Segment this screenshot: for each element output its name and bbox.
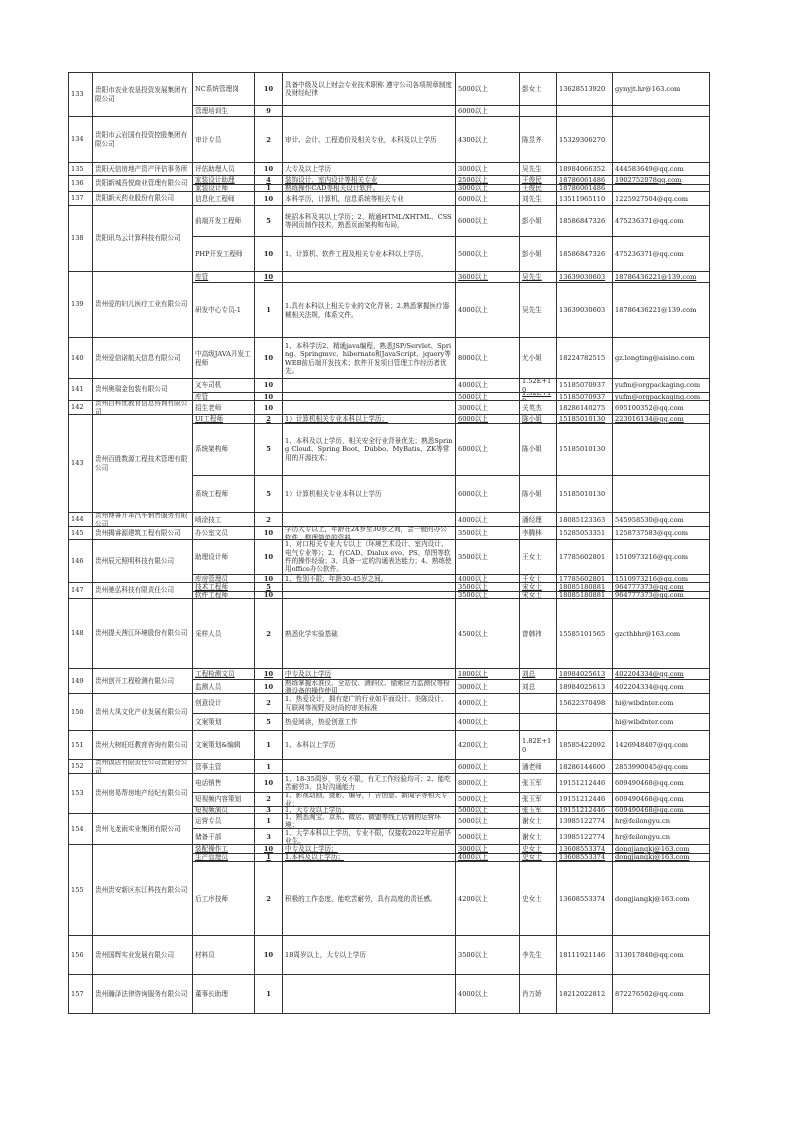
contact-person: 刘总 [519, 680, 556, 694]
headcount: 2 [254, 117, 282, 163]
salary: 6000以上 [455, 415, 519, 423]
company-name: 贵州房易帮房地产经纪有限公司 [92, 774, 192, 813]
position-title: PHP开发工程师 [192, 237, 254, 272]
company-name: 贵州大凤文化产业发展有限公司 [92, 694, 192, 730]
phone: 19151212446 [556, 793, 612, 806]
salary: 4000以上 [455, 714, 519, 731]
contact-person: 史女士 [519, 862, 556, 936]
email[interactable]: 2853990045@qq.com [612, 760, 710, 774]
requirements: 1、对口相关专业大专以上（环境艺术设计、室内设计、电气专业等）；2、有CAD、D… [282, 540, 455, 574]
phone: 13628513920 [556, 73, 612, 105]
salary: 4000以上 [455, 694, 519, 713]
row-number: 139 [68, 272, 92, 337]
phone: 13985122774 [556, 829, 612, 845]
requirements: 1.具有本科以上相关专业的文化背景；2.熟悉掌握医疗器械相关法规，体系文件。 [282, 283, 455, 338]
position-title: 材料员 [192, 936, 254, 975]
contact-person: 张玉军 [519, 774, 556, 792]
salary: 4000以上 [455, 379, 519, 392]
company-name: 贵州提天茜江环境股份有限公司 [92, 599, 192, 668]
position-title: 喷涂技工 [192, 513, 254, 527]
headcount: 1 [254, 760, 282, 774]
requirements: 中专及以上学历； [282, 845, 455, 853]
requirements: 中专及以上学历 [282, 669, 455, 679]
position-title: 装配操作工 [192, 845, 254, 853]
requirements: 1）计算机相关专业本科以上学历； [282, 415, 455, 423]
contact-person [519, 714, 556, 731]
salary: 6000以上 [455, 424, 519, 475]
contact-person: 吴先生 [519, 272, 556, 282]
company-name: 贵阳市云岩国有投资控股集团有限公司 [92, 117, 192, 162]
position-title: 系统架构师 [192, 424, 254, 475]
requirements: 18周岁以上，大专以上学历 [282, 936, 455, 975]
headcount: 10 [254, 338, 282, 379]
salary: 2500以上 [455, 176, 519, 184]
row-number: 134 [68, 117, 92, 162]
company-block: 137贵阳新天药业股份有限公司信息化工程师10本科学历，计算机，信息系统等相关专… [68, 191, 710, 205]
row-number: 148 [68, 599, 92, 668]
headcount: 1 [254, 975, 282, 1014]
contact-person: 王俊民 [519, 176, 556, 184]
row-number: 138 [68, 206, 92, 271]
email[interactable]: 964777373@qq.com [612, 583, 710, 591]
position-title: 电话销售 [192, 774, 254, 792]
company-name: 贵州爱的妇儿医疗工业有限公司 [92, 272, 192, 337]
headcount: 2 [254, 694, 282, 713]
salary: 5000以上 [455, 793, 519, 806]
headcount: 10 [254, 237, 282, 272]
salary: 6000以上 [455, 192, 519, 206]
salary: 3000以上 [455, 680, 519, 694]
row-number: 153 [68, 774, 92, 813]
company-block: 135贵阳天信房地产资产评估事务所评估助理人员10大专及以上学历3000以上吴先… [68, 162, 710, 175]
phone: 18286140275 [556, 401, 612, 415]
email[interactable]: hi@wibdnter.com [612, 694, 710, 713]
salary: 5000以上 [455, 237, 519, 272]
headcount: 10 [254, 401, 282, 415]
row-number: 136 [68, 176, 92, 191]
company-block: 138贵阳讯鸟云计算科技有限公司前端开发工程师5统招本科及其以上学历；2、精通H… [68, 205, 710, 271]
email[interactable]: 402204334@qq.com [612, 669, 710, 679]
requirements [282, 760, 455, 774]
position-title: 管事主管 [192, 760, 254, 774]
salary: 4000以上 [455, 975, 519, 1014]
email[interactable]: 475236371@qq.com [612, 206, 710, 236]
row-number: 140 [68, 338, 92, 378]
contact-person: 陈小姐 [519, 415, 556, 423]
requirements: 1、影视动画，摄影，编导，广告创意、新闻学等相关专业； [282, 793, 455, 806]
company-block: 139贵州爱的妇儿医疗工业有限公司库管103600以上吴先生1363903060… [68, 271, 710, 337]
contact-person: 陈小姐 [519, 424, 556, 475]
row-number: 146 [68, 540, 92, 582]
email[interactable]: gynyjt.hr@163.com [612, 73, 710, 105]
phone: 18585422092 [556, 731, 612, 760]
email[interactable]: gzcthbhr@163.com [612, 599, 710, 669]
phone: 15185010130 [556, 476, 612, 513]
contact-person: 彭小姐 [519, 237, 556, 272]
requirements: 1）计算机相关专业本科以上学历 [282, 476, 455, 513]
headcount: 10 [254, 272, 282, 282]
company-block: 146贵州辰元照明科技有限公司助理设计师101、对口相关专业大专以上（环境艺术设… [68, 539, 710, 582]
requirements: 1、本科以上学历 [282, 731, 455, 760]
company-block: 143贵州百胜数源工程技术管理有限公司UI工程师21）计算机相关专业本科以上学历… [68, 414, 710, 512]
email[interactable]: 18786436221@139.com [612, 283, 710, 338]
contact-person: 彭女士 [519, 73, 556, 105]
salary: 5000以上 [455, 814, 519, 828]
headcount: 10 [254, 936, 282, 975]
salary: 8000以上 [455, 774, 519, 792]
contact-person: 李先生 [519, 936, 556, 975]
email[interactable]: gz.longting@aisino.com [612, 338, 710, 379]
phone: 18212022812 [556, 975, 612, 1014]
phone: 18085123363 [556, 513, 612, 527]
headcount: 2 [254, 415, 282, 423]
position-title: 研发中心专员-1 [192, 283, 254, 338]
company-block: 144贵州博睿开革汽车销售服务有限公司喷涂技工24000以上潘经理1808512… [68, 512, 710, 526]
salary: 4300以上 [455, 117, 519, 163]
email[interactable]: 1225927504@qq.com [612, 192, 710, 206]
row-number: 156 [68, 936, 92, 974]
position-title: UI工程师 [192, 415, 254, 423]
company-block: 147贵州驰弘科技有限责任公司技术工程师53500以上宋女士1808518088… [68, 582, 710, 598]
salary: 6000以上 [455, 760, 519, 774]
email[interactable]: 609490468@qq.com [612, 774, 710, 792]
requirements [282, 272, 455, 282]
position-title: 储备干部 [192, 829, 254, 845]
position-title: 创意设计 [192, 694, 254, 713]
headcount: 2 [254, 513, 282, 527]
position-title: 库管 [192, 272, 254, 282]
company-block: 140贵州爱信诺航天信息有限公司中高级JAVA开发工程师101、本科学历2、精通… [68, 337, 710, 378]
row-number: 133 [68, 73, 92, 116]
row-number: 135 [68, 163, 92, 175]
salary: 3000以上 [455, 401, 519, 415]
phone: 15185070937 [556, 379, 612, 392]
email[interactable]: 18786436221@139.com [612, 272, 710, 282]
phone: 18984025613 [556, 669, 612, 679]
position-title: 生产管理员 [192, 854, 254, 861]
salary: 3500以上 [455, 540, 519, 574]
contact-person: 张玉军 [519, 793, 556, 806]
company-name: 贵州大树旺旺教育咨询有限公司 [92, 731, 192, 759]
phone: 13608553374 [556, 854, 612, 861]
row-number: 150 [68, 694, 92, 730]
contact-person [519, 694, 556, 713]
phone: 15185010130 [556, 424, 612, 475]
company-block: 142贵州百科优教育信息咨询有限公司招生老师103000以上关英杰1828614… [68, 400, 710, 414]
company-block: 154贵州飞龙雨实业集团有限公司运营专员11、熟悉淘宝、京东、微店、微盟等线上店… [68, 813, 710, 844]
company-name: 贵阳天信房地产资产评估事务所 [92, 163, 192, 175]
phone: 18586847326 [556, 206, 612, 236]
row-number: 137 [68, 192, 92, 205]
requirements [282, 975, 455, 1014]
headcount: 2 [254, 862, 282, 936]
position-title: 助理设计师 [192, 540, 254, 574]
email[interactable]: 475236371@qq.com [612, 237, 710, 272]
row-number: 149 [68, 669, 92, 693]
position-title: 前端开发工程师 [192, 206, 254, 236]
contact-person: 关英杰 [519, 401, 556, 415]
contact-person: 潘经理 [519, 513, 556, 527]
requirements: 装饰设计、室内设计等相关专业 [282, 176, 455, 184]
phone: 13608553374 [556, 845, 612, 853]
contact-person: 刘先生 [519, 192, 556, 206]
headcount: 10 [254, 73, 282, 105]
company-block: 156贵州国辉实业发展有限公司材料员1018周岁以上，大专以上学历3500以上李… [68, 935, 710, 974]
contact-person: 王女士 [519, 540, 556, 574]
position-title: 监测人员 [192, 680, 254, 694]
company-name: 贵州创开工程检测有限公司 [92, 669, 192, 693]
email[interactable]: dongjiangkj@163.com [612, 862, 710, 936]
headcount: 5 [254, 206, 282, 236]
position-title: 系统工程师 [192, 476, 254, 513]
phone: 18286144600 [556, 760, 612, 774]
requirements: 1、熟悉淘宝、京东、微店、微盟等线上店铺的运营环境； [282, 814, 455, 828]
company-block: 155贵州贵安新区东江科技有限公司装配操作工10中专及以上学历；3000以上史女… [68, 844, 710, 935]
position-title: 文案策划 [192, 714, 254, 731]
contact-person: 陈昱齐 [519, 117, 556, 163]
contact-person: 尤小姐 [519, 338, 556, 379]
row-number: 147 [68, 583, 92, 598]
headcount: 5 [254, 424, 282, 475]
row-number: 155 [68, 845, 92, 935]
requirements: 审计、会计、工程造价及相关专业，本科及以上学历 [282, 117, 455, 163]
phone: 18984025613 [556, 680, 612, 694]
row-number: 152 [68, 760, 92, 773]
company-block: 148贵州提天茜江环境股份有限公司采样人员2熟悉化学实验基础4500以上曾韩祎1… [68, 598, 710, 668]
requirements [282, 583, 455, 591]
company-name: 贵阳市农业农垦投资发展集团有限公司 [92, 73, 192, 116]
phone: 18085180881 [556, 583, 612, 591]
company-name: 贵阳讯鸟云计算科技有限公司 [92, 206, 192, 271]
email[interactable]: hr@feilongyu.cn [612, 829, 710, 845]
position-title: 后工序技师 [192, 862, 254, 936]
headcount: 10 [254, 845, 282, 853]
headcount: 10 [254, 540, 282, 574]
email[interactable] [612, 476, 710, 513]
company-block: 152贵州饭店有限责任公司贵阳分公司管事主管16000以上潘老师18286144… [68, 759, 710, 773]
phone: 18786061486 [556, 176, 612, 184]
row-number: 142 [68, 401, 92, 414]
headcount: 4 [254, 176, 282, 184]
requirements: 积极的工作态度，能吃苦耐劳，具有高度的责任感。 [282, 862, 455, 936]
contact-person: 潘老师 [519, 760, 556, 774]
headcount: 3 [254, 829, 282, 845]
company-block: 134贵阳市云岩国有投资控股集团有限公司审计专员2审计、会计、工程造价及相关专业… [68, 116, 710, 162]
salary: 3500以上 [455, 583, 519, 591]
requirements: 1、18-35周岁，男女不限，有无工作经验均可；2、能吃苦耐劳3、良好沟通能力 [282, 774, 455, 792]
contact-person: 陈小姐 [519, 476, 556, 513]
contact-person: 谢女士 [519, 829, 556, 845]
email[interactable]: 402204334@qq.com [612, 680, 710, 694]
phone: 18111921146 [556, 936, 612, 975]
row-number: 143 [68, 415, 92, 512]
headcount: 10 [254, 192, 282, 206]
requirements: 熟悉化学实验基础 [282, 599, 455, 669]
salary: 5000以上 [455, 829, 519, 845]
phone: 15585101565 [556, 599, 612, 669]
email[interactable]: hr@feilongyu.cn [612, 814, 710, 828]
phone: 18224782515 [556, 338, 612, 379]
position-title: 家装设计助理 [192, 176, 254, 184]
phone: 15622370498 [556, 694, 612, 713]
position-title: 董事长助理 [192, 975, 254, 1014]
contact-person: 肖万娇 [519, 975, 556, 1014]
row-number: 157 [68, 975, 92, 1013]
requirements: 熟练掌握水准仪、全站仪、测斜仪、锚索应力监测仪等检测设备的操作使用 [282, 680, 455, 694]
company-block: 145贵州揭睿源建筑工程有限公司办公室文员10学历大专以上，年龄在24岁至30岁… [68, 526, 710, 539]
email[interactable]: dongjiangkj@163.com [612, 854, 710, 861]
headcount: 1 [254, 283, 282, 338]
position-title: 采样人员 [192, 599, 254, 669]
company-name: 贵州飞龙雨实业集团有限公司 [92, 814, 192, 844]
position-title: 运营专员 [192, 814, 254, 828]
requirements [282, 401, 455, 415]
company-name: 贵州奥瑞金包装有限公司 [92, 379, 192, 400]
position-title: NC系统管理岗 [192, 73, 254, 105]
headcount: 1 [254, 814, 282, 828]
email[interactable]: 609490468@qq.com [612, 793, 710, 806]
phone: 19151212446 [556, 774, 612, 792]
email[interactable]: yufm@orgpackaging.com [612, 379, 710, 392]
position-title: 招生老师 [192, 401, 254, 415]
headcount: 2 [254, 793, 282, 806]
salary: 4200以上 [455, 731, 519, 760]
salary: 4000以上 [455, 854, 519, 861]
salary: 3000以上 [455, 845, 519, 853]
position-title: 技术工程师 [192, 583, 254, 591]
position-title: 工程检测文员 [192, 669, 254, 679]
headcount: 5 [254, 476, 282, 513]
requirements: 1、大学本科以上学历，专业不限，仅接收2022年应届毕业生。 [282, 829, 455, 845]
email[interactable]: 695100352@qq.com [612, 401, 710, 415]
company-name: 贵州饭店有限责任公司贵阳分公司 [92, 760, 192, 773]
company-block: 153贵州房易帮房地产经纪有限公司电话销售101、18-35周岁，男女不限，有无… [68, 773, 710, 813]
salary: 6000以上 [455, 206, 519, 236]
salary: 6000以上 [455, 476, 519, 513]
company-name: 贵州爱信诺航天信息有限公司 [92, 338, 192, 378]
requirements: 1、热爱设计，拥有宽广的行业如平面设计、美陈设计、互联网等视野及时尚的审美标准 [282, 694, 455, 713]
company-block: 149贵州创开工程检测有限公司工程检测文员10中专及以上学历1800以上刘总18… [68, 668, 710, 693]
email[interactable]: 1426948407@qq.com [612, 731, 710, 760]
company-name: 贵州揭睿源建筑工程有限公司 [92, 527, 192, 539]
position-title: 叉车司机 [192, 379, 254, 392]
requirements: 热爱阅读，热爱创意工作 [282, 714, 455, 731]
email[interactable]: 1510973216@qq.com [612, 540, 710, 574]
phone: 18586847326 [556, 237, 612, 272]
requirements: 具备中级及以上财会专业技术职称 遵守公司各项规章制度及财经纪律 [282, 73, 455, 105]
company-block: 150贵州大凤文化产业发展有限公司创意设计21、热爱设计，拥有宽广的行业如平面设… [68, 693, 710, 730]
company-block: 133贵阳市农业农垦投资发展集团有限公司NC系统管理岗10具备中级及以上财会专业… [68, 72, 710, 116]
contact-person: 刘总 [519, 669, 556, 679]
headcount: 10 [254, 774, 282, 792]
phone: 15185010130 [556, 415, 612, 423]
position-title: 文案策划&编辑 [192, 731, 254, 760]
salary: 3600以上 [455, 272, 519, 282]
company-name: 贵州瀚泽法律咨询服务有限公司 [92, 975, 192, 1013]
headcount: 1 [254, 854, 282, 861]
company-block: 157贵州瀚泽法律咨询服务有限公司董事长助理14000以上肖万娇18212022… [68, 974, 710, 1013]
company-name: 贵州百科优教育信息咨询有限公司 [92, 401, 192, 414]
contact-person: 彭小姐 [519, 206, 556, 236]
headcount: 10 [254, 379, 282, 392]
company-name: 贵州驰弘科技有限责任公司 [92, 583, 192, 598]
salary: 4000以上 [455, 283, 519, 338]
contact-person: 1.52E+10 [519, 379, 556, 392]
position-title: 短视频内容策划 [192, 793, 254, 806]
salary: 4500以上 [455, 599, 519, 669]
contact-person: 1.82E+10 [519, 731, 556, 760]
company-name: 贵州博睿开革汽车销售服务有限公司 [92, 513, 192, 526]
phone: 13639030603 [556, 283, 612, 338]
email[interactable]: hi@wibdnter.com [612, 714, 710, 731]
email[interactable]: 872276502@qq.com [612, 975, 710, 1014]
position-title: 中高级JAVA开发工程师 [192, 338, 254, 379]
salary: 3500以上 [455, 936, 519, 975]
contact-person: 曾韩祎 [519, 599, 556, 669]
headcount: 2 [254, 599, 282, 669]
contact-person: 宋女士 [519, 583, 556, 591]
email[interactable]: 545958530@qq.com [612, 513, 710, 527]
email[interactable]: 223016134@qq.com [612, 415, 710, 423]
email[interactable]: dongjiangkj@163.com [612, 845, 710, 853]
company-block: 141贵州奥瑞金包装有限公司叉车司机104000以上1.52E+10151850… [68, 378, 710, 400]
requirements [282, 513, 455, 527]
row-number: 151 [68, 731, 92, 759]
contact-person: 谢女士 [519, 814, 556, 828]
contact-person: 吴先生 [519, 283, 556, 338]
company-name: 贵州百胜数源工程技术管理有限公司 [92, 415, 192, 512]
phone: 13985122774 [556, 814, 612, 828]
phone: 13608553374 [556, 862, 612, 936]
requirements: 1、本科学历2、精通java编程，熟悉JSP/Servlet、Spring、Sp… [282, 338, 455, 379]
requirements: 本科学历，计算机，信息系统等相关专业 [282, 192, 455, 206]
phone: 13639030603 [556, 272, 612, 282]
requirements [282, 379, 455, 392]
position-title: 审计专员 [192, 117, 254, 163]
phone: 13511965110 [556, 192, 612, 206]
company-name: 贵阳新城吾悦商业管理有限公司 [92, 176, 192, 191]
company-block: 136贵阳新城吾悦商业管理有限公司家装设计助理4装饰设计、室内设计等相关专业25… [68, 175, 710, 191]
requirements: 1、计算机、软件工程及相关专业本科以上学历， [282, 237, 455, 272]
salary: 8000以上 [455, 338, 519, 379]
salary: 4000以上 [455, 513, 519, 527]
salary: 5000以上 [455, 73, 519, 105]
row-number: 144 [68, 513, 92, 526]
company-name: 贵阳新天药业股份有限公司 [92, 192, 192, 205]
headcount: 10 [254, 680, 282, 694]
row-number: 154 [68, 814, 92, 844]
requirements: 统招本科及其以上学历；2、精通HTML/XHTML、CSS等网页制作技术，熟悉页… [282, 206, 455, 236]
email[interactable] [612, 117, 710, 163]
phone [556, 714, 612, 731]
email[interactable] [612, 424, 710, 475]
phone: 15329306270 [556, 117, 612, 163]
contact-person: 史女士 [519, 854, 556, 861]
requirements: 1、本科及以上学历，相关安全行业背景优先；熟悉Spring Cloud、Spri… [282, 424, 455, 475]
table-bottom-border [68, 1013, 710, 1014]
headcount: 1 [254, 731, 282, 760]
row-number: 145 [68, 527, 92, 539]
headcount: 5 [254, 714, 282, 731]
company-name: 贵州国辉实业发展有限公司 [92, 936, 192, 974]
row-number: 141 [68, 379, 92, 400]
company-block: 151贵州大树旺旺教育咨询有限公司文案策划&编辑11、本科以上学历4200以上1… [68, 730, 710, 759]
email[interactable]: 313017840@qq.com [612, 936, 710, 975]
salary: 1800以上 [455, 669, 519, 679]
contact-person: 史女士 [519, 845, 556, 853]
headcount: 10 [254, 669, 282, 679]
email[interactable]: 1902752078qq.com [612, 176, 710, 184]
